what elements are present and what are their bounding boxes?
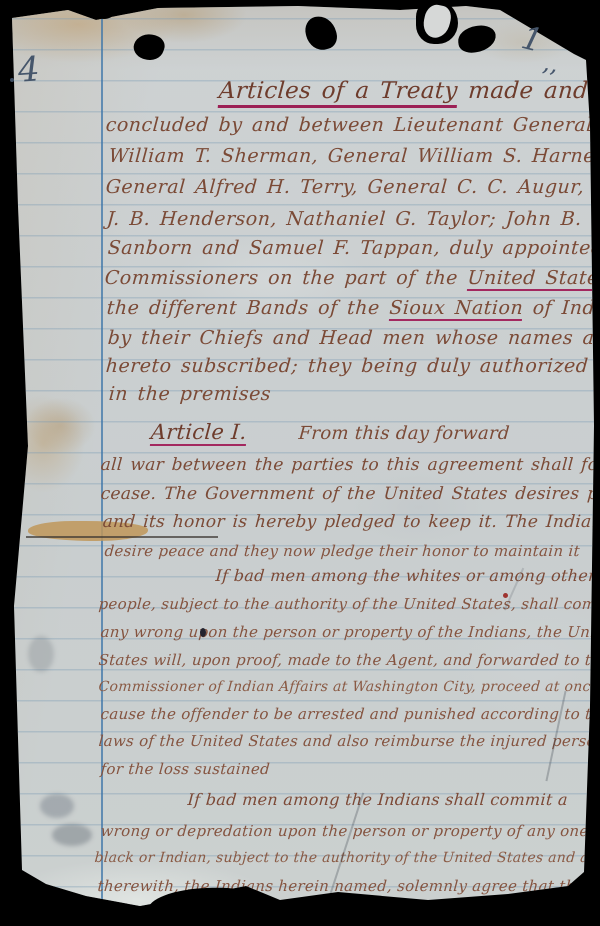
tape-stain-edge [26,536,218,538]
graphite-smudge [28,636,54,672]
title-line: Articles of a Treaty made and [218,78,589,104]
article1-line: for the loss sustained [100,760,271,778]
preamble-line: Sanborn and Samuel F. Tappan, duly appoi… [107,237,594,259]
article1-line: and its honor is hereby pledged to keep … [102,512,594,532]
title-underlined-text: Articles of a Treaty [218,78,459,108]
article1-line: laws of the United States and also reimb… [98,732,594,750]
article1-line: all war between the parties to this agre… [100,455,594,475]
torn-notch [94,6,114,19]
pencil-dot [10,78,14,82]
underlined-united-states: United States [467,267,594,291]
preamble-line: General Alfred H. Terry, General C. C. A… [105,176,585,198]
torn-notch-bottom [338,898,370,920]
article1-opening: From this day forward [298,423,511,444]
article1-line: States will, upon proof, made to the Age… [98,651,594,669]
photograph-background: Articles of a Treaty made and concluded … [0,0,600,926]
article1-line: Commissioner of Indian Affairs at Washin… [98,679,594,695]
article1-line: If bad men among the Indians shall commi… [187,790,569,809]
preamble-line: J. B. Henderson, Nathaniel G. Taylor; Jo… [106,208,583,230]
article1-line: If bad men among the whites or among oth… [215,566,594,585]
graphite-smudge [40,794,74,818]
article1-line: cause the offender to be arrested and pu… [100,705,594,723]
pencil-page-number: 4 [17,49,41,90]
preamble-segment: the different Bands of the [106,297,390,319]
red-ink-dot [503,593,508,598]
article1-line: desire peace and they now pledge their h… [104,542,581,560]
article1-heading-line: Article I.From this day forward [150,420,511,444]
preamble-line: hereto subscribed; they being duly autho… [105,355,594,377]
preamble-line: William T. Sherman, General William S. H… [108,145,594,167]
graphite-smudge [52,824,92,846]
manuscript-page: Articles of a Treaty made and concluded … [8,6,594,918]
preamble-line: the different Bands of the Sioux Nation … [106,297,594,319]
article1-line: cease. The Government of the United Stat… [100,484,594,504]
preamble-segment: Commissioners on the part of the [104,267,468,289]
article1-line: any wrong upon the person or property of… [100,623,594,641]
preamble-line: Commissioners on the part of the United … [104,267,594,289]
title-rest-text: made and [457,78,589,104]
underlined-sioux-nation: Sioux Nation [388,297,524,321]
article1-line: people, subject to the authority of the … [98,595,594,613]
ink-blot [200,628,206,637]
torn-notch-bottom [246,896,274,926]
preamble-line: in the premises [108,383,272,405]
preamble-line: by their Chiefs and Head men whose names… [107,327,594,349]
torn-notch-bottom [96,902,120,922]
preamble-segment: of Indians [522,297,594,319]
preamble-line: concluded by and between Lieutenant Gene… [105,114,594,136]
article1-heading: Article I. [150,420,248,446]
